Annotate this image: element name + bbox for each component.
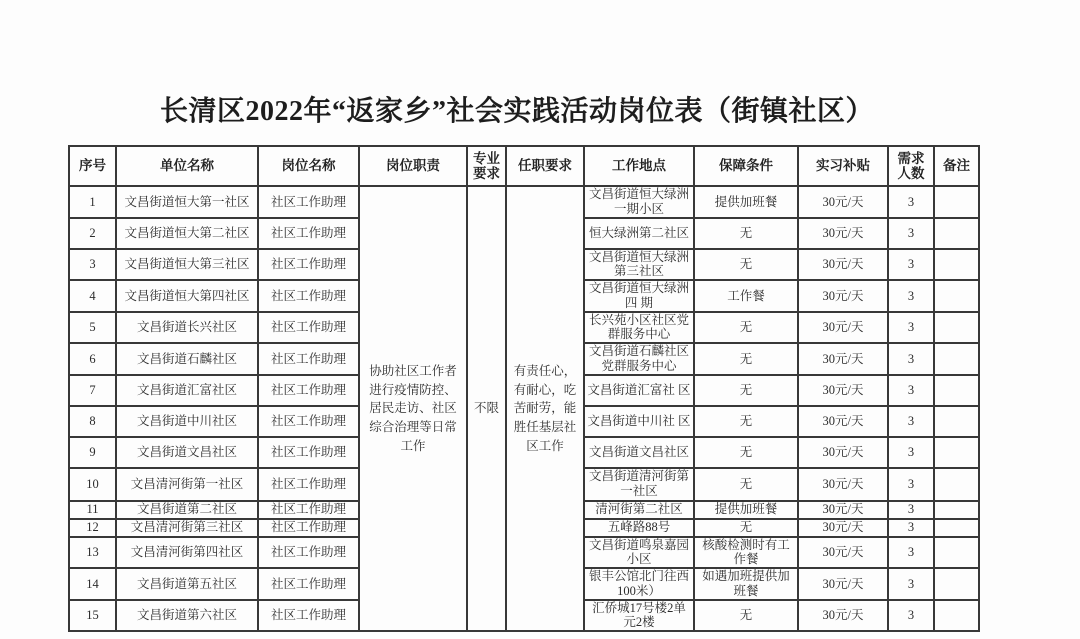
subsidy-cell: 30元/天 <box>798 375 888 406</box>
header-row: 序号 单位名称 岗位名称 岗位职责 专业要求 任职要求 工作地点 保障条件 实习… <box>69 146 979 186</box>
header-support-condition: 保障条件 <box>694 146 798 186</box>
position-name-cell: 社区工作助理 <box>258 249 359 281</box>
support-condition-cell: 核酸检测时有工作餐 <box>694 537 798 569</box>
serial-cell: 1 <box>69 186 116 218</box>
headcount-cell: 3 <box>888 218 934 249</box>
note-cell <box>934 537 979 569</box>
support-condition-cell: 无 <box>694 249 798 281</box>
unit-name-cell: 文昌街道恒大第三社区 <box>116 249 258 281</box>
work-location-cell: 银丰公馆北门往西100米） <box>584 568 694 600</box>
subsidy-cell: 30元/天 <box>798 343 888 375</box>
table-row: 1文昌街道恒大第一社区社区工作助理协助社区工作者进行疫情防控、居民走访、社区综合… <box>69 186 979 218</box>
serial-cell: 14 <box>69 568 116 600</box>
subsidy-cell: 30元/天 <box>798 600 888 632</box>
position-name-cell: 社区工作助理 <box>258 568 359 600</box>
support-condition-cell: 无 <box>694 312 798 344</box>
subsidy-cell: 30元/天 <box>798 537 888 569</box>
job-requirement-cell: 有责任心，有耐心，吃苦耐劳，能胜任基层社区工作 <box>506 186 584 631</box>
subsidy-cell: 30元/天 <box>798 437 888 468</box>
duty-cell: 协助社区工作者进行疫情防控、居民走访、社区综合治理等日常工作 <box>359 186 467 631</box>
table-body: 1文昌街道恒大第一社区社区工作助理协助社区工作者进行疫情防控、居民走访、社区综合… <box>69 186 979 631</box>
subsidy-cell: 30元/天 <box>798 568 888 600</box>
headcount-cell: 3 <box>888 186 934 218</box>
support-condition-cell: 无 <box>694 218 798 249</box>
headcount-cell: 3 <box>888 468 934 501</box>
position-name-cell: 社区工作助理 <box>258 501 359 519</box>
note-cell <box>934 218 979 249</box>
header-headcount: 需求人数 <box>888 146 934 186</box>
unit-name-cell: 文昌街道石麟社区 <box>116 343 258 375</box>
subsidy-cell: 30元/天 <box>798 519 888 537</box>
position-name-cell: 社区工作助理 <box>258 519 359 537</box>
position-name-cell: 社区工作助理 <box>258 343 359 375</box>
unit-name-cell: 文昌街道汇富社区 <box>116 375 258 406</box>
headcount-cell: 3 <box>888 568 934 600</box>
header-serial: 序号 <box>69 146 116 186</box>
work-location-cell: 文昌街道汇富社 区 <box>584 375 694 406</box>
work-location-cell: 五峰路88号 <box>584 519 694 537</box>
work-location-cell: 文昌街道恒大绿洲第三社区 <box>584 249 694 281</box>
serial-cell: 11 <box>69 501 116 519</box>
unit-name-cell: 文昌街道文昌社区 <box>116 437 258 468</box>
note-cell <box>934 501 979 519</box>
support-condition-cell: 提供加班餐 <box>694 501 798 519</box>
support-condition-cell: 无 <box>694 519 798 537</box>
support-condition-cell: 无 <box>694 406 798 437</box>
document-page: 长清区2022年“返家乡”社会实践活动岗位表（街镇社区） 序号 单位名称 岗位名… <box>0 0 1080 639</box>
work-location-cell: 文昌街道恒大绿洲一期小区 <box>584 186 694 218</box>
note-cell <box>934 280 979 312</box>
header-position-name: 岗位名称 <box>258 146 359 186</box>
headcount-cell: 3 <box>888 406 934 437</box>
header-unit-name: 单位名称 <box>116 146 258 186</box>
position-name-cell: 社区工作助理 <box>258 468 359 501</box>
note-cell <box>934 249 979 281</box>
headcount-cell: 3 <box>888 501 934 519</box>
subsidy-cell: 30元/天 <box>798 501 888 519</box>
position-name-cell: 社区工作助理 <box>258 375 359 406</box>
unit-name-cell: 文昌街道第二社区 <box>116 501 258 519</box>
work-location-cell: 文昌街道恒大绿洲四 期 <box>584 280 694 312</box>
support-condition-cell: 无 <box>694 343 798 375</box>
header-note: 备注 <box>934 146 979 186</box>
unit-name-cell: 文昌清河街第四社区 <box>116 537 258 569</box>
serial-cell: 9 <box>69 437 116 468</box>
unit-name-cell: 文昌街道中川社区 <box>116 406 258 437</box>
position-name-cell: 社区工作助理 <box>258 186 359 218</box>
serial-cell: 5 <box>69 312 116 344</box>
serial-cell: 15 <box>69 600 116 632</box>
position-name-cell: 社区工作助理 <box>258 406 359 437</box>
serial-cell: 12 <box>69 519 116 537</box>
headcount-cell: 3 <box>888 437 934 468</box>
work-location-cell: 文昌街道中川社 区 <box>584 406 694 437</box>
headcount-cell: 3 <box>888 343 934 375</box>
note-cell <box>934 568 979 600</box>
unit-name-cell: 文昌清河街第一社区 <box>116 468 258 501</box>
support-condition-cell: 提供加班餐 <box>694 186 798 218</box>
header-job-requirement: 任职要求 <box>506 146 584 186</box>
note-cell <box>934 406 979 437</box>
unit-name-cell: 文昌街道长兴社区 <box>116 312 258 344</box>
serial-cell: 10 <box>69 468 116 501</box>
subsidy-cell: 30元/天 <box>798 218 888 249</box>
serial-cell: 2 <box>69 218 116 249</box>
subsidy-cell: 30元/天 <box>798 249 888 281</box>
headcount-cell: 3 <box>888 312 934 344</box>
headcount-cell: 3 <box>888 375 934 406</box>
serial-cell: 6 <box>69 343 116 375</box>
note-cell <box>934 343 979 375</box>
support-condition-cell: 无 <box>694 437 798 468</box>
note-cell <box>934 437 979 468</box>
support-condition-cell: 如遇加班提供加班餐 <box>694 568 798 600</box>
position-name-cell: 社区工作助理 <box>258 537 359 569</box>
header-major-requirement: 专业要求 <box>467 146 506 186</box>
unit-name-cell: 文昌街道第五社区 <box>116 568 258 600</box>
position-name-cell: 社区工作助理 <box>258 437 359 468</box>
position-name-cell: 社区工作助理 <box>258 280 359 312</box>
support-condition-cell: 无 <box>694 375 798 406</box>
position-name-cell: 社区工作助理 <box>258 218 359 249</box>
unit-name-cell: 文昌街道恒大第四社区 <box>116 280 258 312</box>
header-subsidy: 实习补贴 <box>798 146 888 186</box>
note-cell <box>934 519 979 537</box>
position-name-cell: 社区工作助理 <box>258 600 359 632</box>
headcount-cell: 3 <box>888 519 934 537</box>
work-location-cell: 文昌街道清河街第一社区 <box>584 468 694 501</box>
note-cell <box>934 375 979 406</box>
subsidy-cell: 30元/天 <box>798 468 888 501</box>
major-requirement-cell: 不限 <box>467 186 506 631</box>
serial-cell: 7 <box>69 375 116 406</box>
unit-name-cell: 文昌清河街第三社区 <box>116 519 258 537</box>
job-positions-table: 序号 单位名称 岗位名称 岗位职责 专业要求 任职要求 工作地点 保障条件 实习… <box>68 145 980 632</box>
note-cell <box>934 468 979 501</box>
page-title: 长清区2022年“返家乡”社会实践活动岗位表（街镇社区） <box>62 0 972 128</box>
serial-cell: 3 <box>69 249 116 281</box>
work-location-cell: 恒大绿洲第二社区 <box>584 218 694 249</box>
subsidy-cell: 30元/天 <box>798 312 888 344</box>
headcount-cell: 3 <box>888 249 934 281</box>
work-location-cell: 长兴苑小区社区党群服务中心 <box>584 312 694 344</box>
support-condition-cell: 无 <box>694 468 798 501</box>
note-cell <box>934 312 979 344</box>
note-cell <box>934 186 979 218</box>
position-name-cell: 社区工作助理 <box>258 312 359 344</box>
subsidy-cell: 30元/天 <box>798 406 888 437</box>
serial-cell: 4 <box>69 280 116 312</box>
work-location-cell: 清河街第二社区 <box>584 501 694 519</box>
headcount-cell: 3 <box>888 537 934 569</box>
serial-cell: 8 <box>69 406 116 437</box>
unit-name-cell: 文昌街道恒大第一社区 <box>116 186 258 218</box>
support-condition-cell: 工作餐 <box>694 280 798 312</box>
table-header: 序号 单位名称 岗位名称 岗位职责 专业要求 任职要求 工作地点 保障条件 实习… <box>69 146 979 186</box>
serial-cell: 13 <box>69 537 116 569</box>
subsidy-cell: 30元/天 <box>798 280 888 312</box>
unit-name-cell: 文昌街道第六社区 <box>116 600 258 632</box>
work-location-cell: 汇侨城17号楼2单元2楼 <box>584 600 694 632</box>
work-location-cell: 文昌街道鸣泉嘉园小区 <box>584 537 694 569</box>
unit-name-cell: 文昌街道恒大第二社区 <box>116 218 258 249</box>
work-location-cell: 文昌街道石麟社区党群服务中心 <box>584 343 694 375</box>
note-cell <box>934 600 979 632</box>
header-work-location: 工作地点 <box>584 146 694 186</box>
headcount-cell: 3 <box>888 600 934 632</box>
work-location-cell: 文昌街道文昌社区 <box>584 437 694 468</box>
subsidy-cell: 30元/天 <box>798 186 888 218</box>
header-duty: 岗位职责 <box>359 146 467 186</box>
support-condition-cell: 无 <box>694 600 798 632</box>
headcount-cell: 3 <box>888 280 934 312</box>
